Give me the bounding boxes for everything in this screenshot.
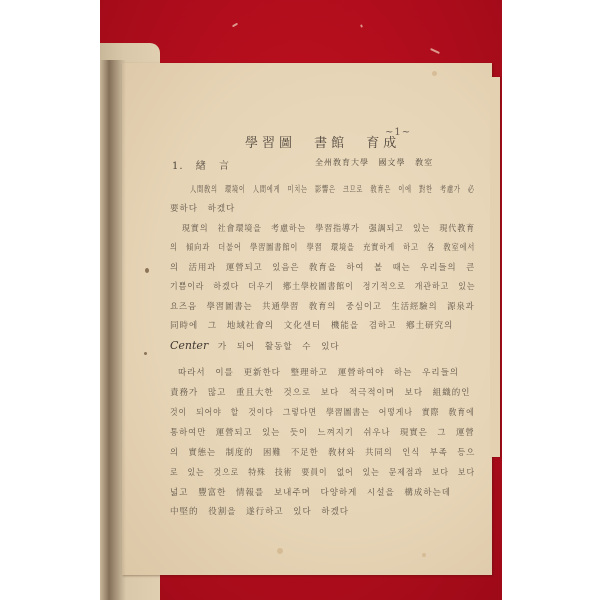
staple-hole [144,352,147,355]
body-line: 現實의 社會環境을 考慮하는 學習指導가 强調되고 있는 現代教育 [182,222,475,234]
body-line: 로 있는 것으로 特殊 技術 要員이 없어 있는 문제점과 보다 보다 [170,466,475,478]
staple-hole [145,268,149,273]
paper-stain [432,71,437,76]
body-line: 中堅的 役割을 遂行하고 있다 하겠다 [170,505,349,517]
binding-shadow [100,60,126,600]
body-line: 人間敎의 環境이 人間에게 미치는 影響은 크므로 敎育은 이에 對한 考慮가 … [190,183,475,195]
body-line: 것이 되어야 할 것이다 그렇다면 學習圖書는 어떻게나 實際 敎育에 [170,406,475,418]
paper-stain [277,548,283,554]
body-line: 따라서 이를 更新한다 整理하고 運營하여야 하는 우리들의 [178,366,459,378]
body-line: 責務가 많고 重且大한 것으로 보다 적극적이며 보다 組織的인 [170,386,471,398]
line-continuation: 가 되어 활동할 수 있다 [218,342,340,352]
body-line: 요즈음 學習圖書는 共通學習 敎育의 중심이고 生活經驗의 源泉과 [170,300,475,312]
body-line-with-english: Center 가 되어 활동할 수 있다 [170,339,340,352]
paper-stain [422,553,426,557]
body-line: 넓고 豐富한 情報를 보내주며 다양하게 시설을 構成하는데 [170,486,451,498]
author-byline: 全州敎育大學 國文學 敎室 [315,157,433,168]
body-line: 통하여만 運營되고 있는 듯이 느껴지기 쉬우나 現實은 그 運營 [170,426,475,438]
document-title: 學習圖 書館 育成 [245,132,400,151]
section-heading: 1. 緖 言 [172,157,230,172]
body-line: 의 傾向과 더불어 學習圖書館이 學習 環境을 充實하게 하고 各 敎室에서 [170,241,475,253]
body-line: 의 活用과 運營되고 있음은 敎育을 하여 볼 때는 우리들의 큰 [170,261,475,273]
body-line: 기쁨이라 하겠다 더우기 鄕土學校圖書館이 정기적으로 개관하고 있는 [170,280,475,292]
body-line: 要하다 하겠다 [170,202,235,214]
english-word: Center [170,339,208,352]
body-line: 同時에 그 地域社會의 文化센터 機能을 겸하고 鄕土研究의 [170,319,453,331]
body-line: 의 實態는 制度的 困難 不足한 敎材와 共同의 인식 부족 등으 [170,446,475,458]
